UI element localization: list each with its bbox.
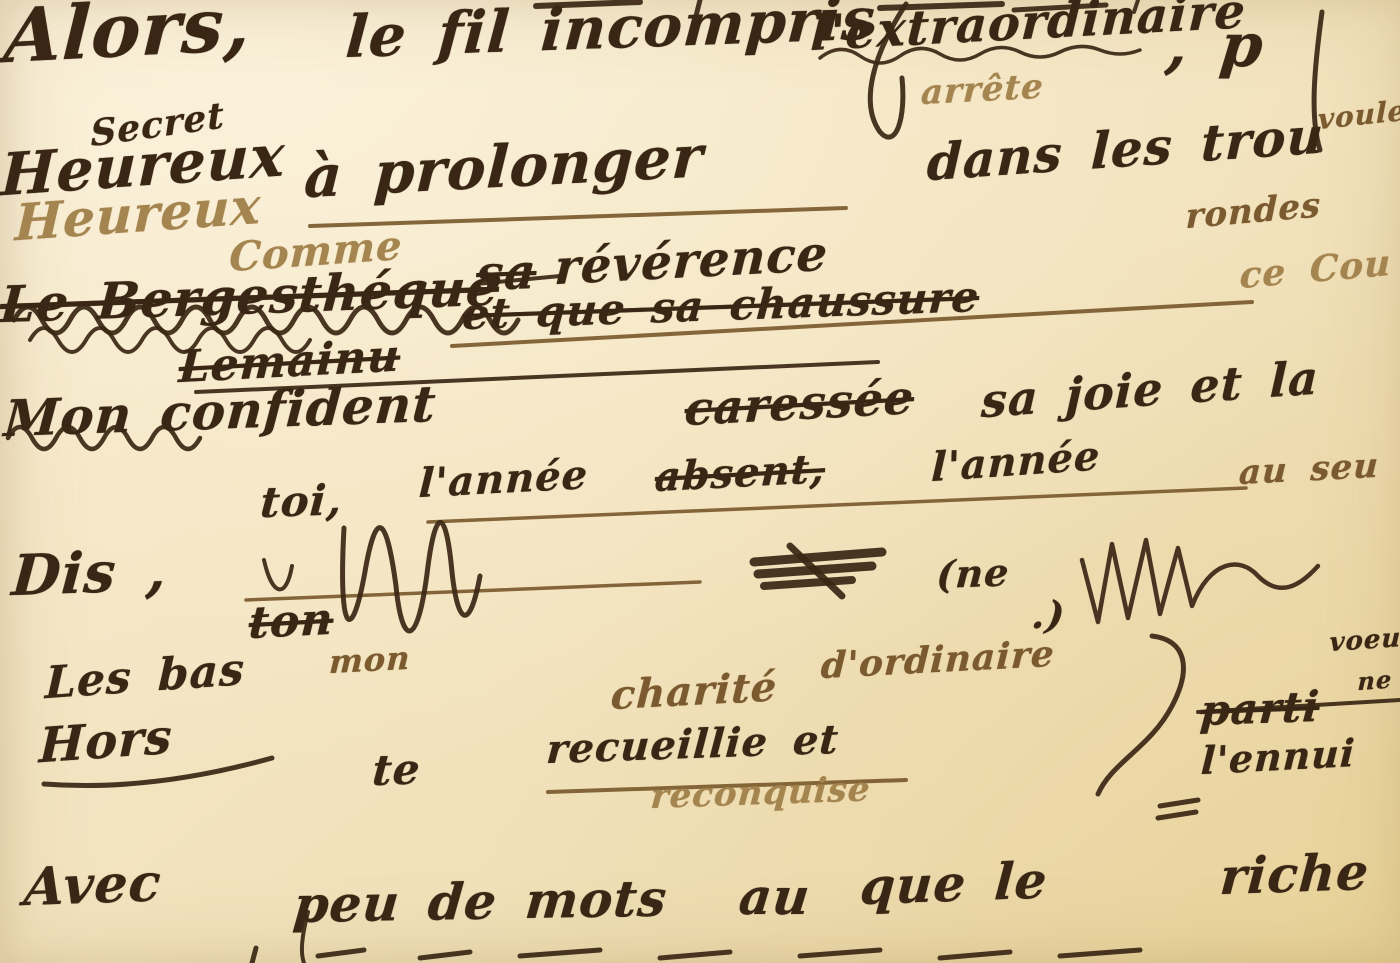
handwriting-fragment: recueillie et — [545, 720, 840, 770]
handwriting-fragment: riche — [1218, 847, 1370, 902]
handwriting-fragment: et que sa chaussure — [461, 276, 981, 336]
handwriting-fragment: .) — [1030, 596, 1067, 634]
manuscript-page: Alors,le fil incomprisl'extraordinaire, … — [0, 0, 1400, 963]
handwriting-fragment: absent, — [654, 449, 826, 498]
handwriting-fragment: l'année — [418, 455, 589, 504]
handwriting-fragment: parti — [1199, 686, 1321, 732]
handwriting-fragment: ce Cou — [1239, 245, 1391, 294]
handwriting-fragment: l'année — [931, 436, 1101, 488]
handwriting-fragment: reconquise — [650, 772, 872, 814]
handwriting-fragment: voulez — [1318, 95, 1400, 134]
ink-stroke — [420, 952, 470, 958]
handwriting-fragment: rondes — [1185, 188, 1321, 234]
handwriting-fragment: arrête — [920, 70, 1044, 111]
handwriting-fragment: Les bas — [44, 648, 245, 706]
ink-stroke — [940, 952, 1010, 958]
handwriting-fragment: peu de mots — [292, 873, 670, 930]
handwriting-fragment: Heureux — [14, 181, 262, 248]
handwriting-fragment: caressée — [684, 374, 916, 432]
ink-stroke — [764, 580, 852, 586]
handwriting-fragment: à prolonger — [303, 127, 705, 206]
ink-stroke — [318, 950, 364, 956]
ink-stroke — [1082, 540, 1318, 622]
ink-stroke — [1158, 812, 1196, 818]
handwriting-fragment: Mon confident — [2, 379, 438, 444]
handwriting-fragment: ne — [1357, 668, 1392, 695]
ink-stroke — [754, 552, 882, 562]
ink-stroke — [800, 950, 880, 956]
ink-stroke — [252, 948, 256, 963]
handwriting-fragment: ton — [248, 598, 335, 647]
ink-stroke — [660, 952, 730, 958]
handwriting-fragment: voeux — [1329, 624, 1400, 656]
handwriting-fragment: d'ordinaire — [820, 636, 1056, 684]
ink-stroke — [343, 522, 480, 631]
handwriting-fragment: (ne — [935, 553, 1010, 594]
handwriting-fragment: charité — [610, 667, 778, 716]
handwriting-fragment: toi, — [259, 479, 344, 524]
handwriting-fragment: , p — [1164, 16, 1267, 76]
handwriting-fragment: sa joie et la — [980, 354, 1319, 424]
handwriting-fragment: Alors, — [2, 0, 253, 74]
handwriting-fragment: Hors — [38, 713, 173, 771]
ink-stroke — [520, 950, 600, 956]
ink-stroke — [758, 566, 872, 574]
handwriting-fragment: dans les trou — [926, 110, 1325, 188]
handwriting-fragment: Dis , — [10, 543, 169, 605]
handwriting-fragment: au seu — [1238, 449, 1380, 490]
ink-stroke — [790, 546, 842, 596]
ink-stroke — [264, 560, 292, 589]
handwriting-fragment: Avec — [22, 857, 163, 914]
ink-stroke — [1060, 950, 1140, 956]
handwriting-fragment: que le — [858, 855, 1049, 912]
handwriting-fragment: au — [737, 872, 813, 922]
ink-stroke — [1098, 636, 1183, 794]
handwriting-fragment: l'ennui — [1200, 734, 1356, 780]
handwriting-fragment: le fil incompris — [344, 0, 877, 66]
handwriting-fragment: Le Bergesthéque — [0, 263, 501, 331]
handwriting-fragment: mon — [328, 642, 411, 678]
ink-stroke — [1160, 800, 1198, 806]
handwriting-fragment: te — [371, 748, 422, 792]
